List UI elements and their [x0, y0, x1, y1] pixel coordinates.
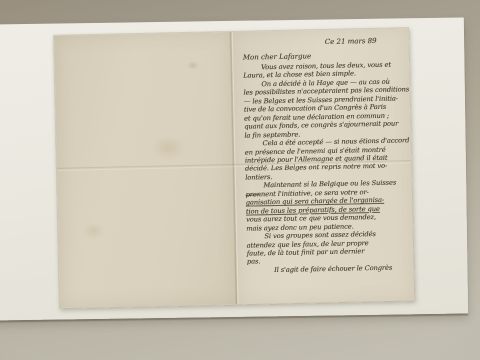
letter-photograph: Ce 21 mars 89 Mon cher Lafargue Vous ave…	[0, 0, 480, 360]
letter-date: Ce 21 mars 89	[242, 36, 402, 47]
letter-line: Il s'agit de faire échouer le Congrès	[247, 263, 407, 275]
letter-bifolium: Ce 21 mars 89 Mon cher Lafargue Vous ave…	[53, 27, 415, 309]
